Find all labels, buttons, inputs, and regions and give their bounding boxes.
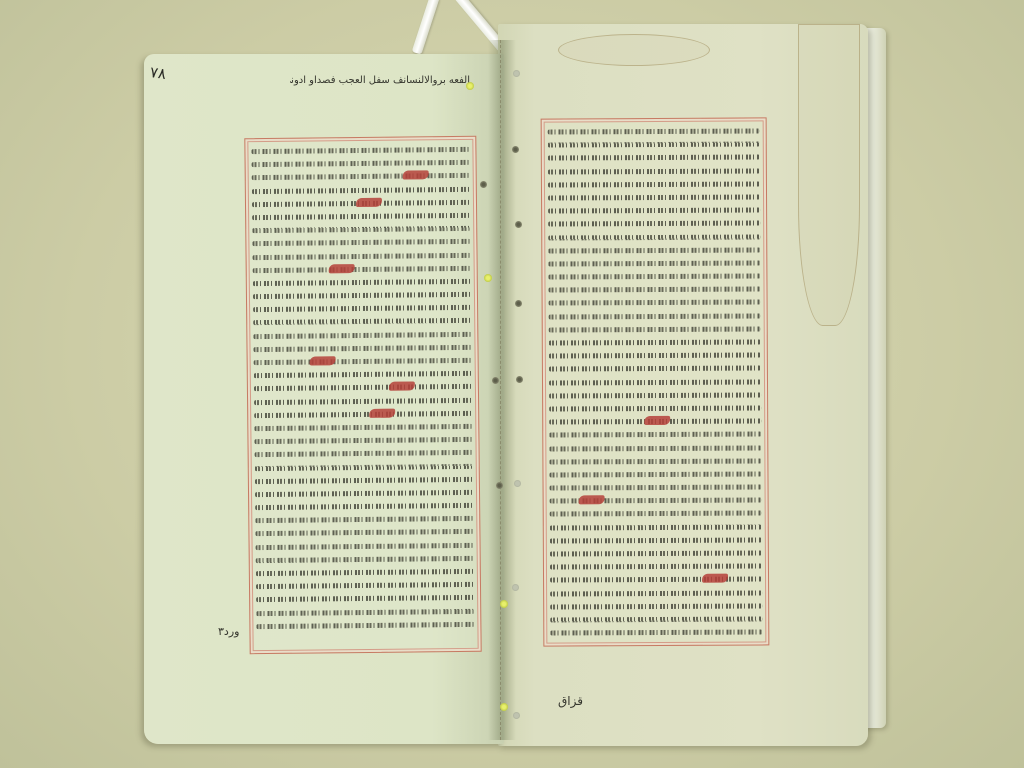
manuscript-text-line [550, 625, 762, 639]
manuscript-text-line [550, 611, 762, 625]
manuscript-text-line [549, 308, 761, 322]
binding-hole [480, 181, 487, 188]
binding-hole [512, 584, 519, 591]
rubric-heading [356, 198, 382, 207]
rubric-heading [645, 416, 671, 425]
manuscript-text-line [549, 466, 761, 480]
manuscript-text-line [550, 493, 762, 507]
rubric-heading [389, 382, 415, 391]
manuscript-text-line [548, 203, 760, 217]
manuscript-text-line [550, 545, 762, 559]
rubric-heading [702, 574, 728, 583]
manuscript-text-line [548, 123, 760, 137]
catchword: قزاق [558, 694, 583, 708]
binding-hole [515, 300, 522, 307]
manuscript-text-line [548, 176, 760, 190]
manuscript-text-line [549, 427, 761, 441]
manuscript-text-line [549, 453, 761, 467]
folio-number: ٧٨ [149, 63, 167, 83]
manuscript-text-line [548, 137, 760, 151]
manuscript-text-line [549, 414, 761, 428]
rubric-heading [309, 356, 335, 365]
water-stain [798, 24, 860, 326]
rubric-heading [369, 408, 395, 417]
binding-thread [484, 274, 492, 282]
bottom-margin-note: ورد٣ [218, 625, 239, 638]
water-stain [558, 34, 710, 66]
manuscript-text-line [550, 480, 762, 494]
rubric-heading [579, 496, 605, 505]
manuscript-text-line [548, 229, 760, 243]
binding-hole [492, 377, 499, 384]
manuscript-text-line [550, 532, 762, 546]
manuscript-text-line [549, 334, 761, 348]
binding-thread [466, 82, 474, 90]
rubric-heading [402, 171, 428, 180]
manuscript-text-line [549, 387, 761, 401]
manuscript-text-line [548, 242, 760, 256]
binding-hole [515, 221, 522, 228]
manuscript-text-line [549, 440, 761, 454]
manuscript-text-line [549, 295, 761, 309]
binding-hole [496, 482, 503, 489]
manuscript-text-line [550, 572, 762, 586]
manuscript-text-line [548, 163, 760, 177]
binding-thread [500, 703, 508, 711]
manuscript-text-line [548, 216, 760, 230]
manuscript-text-line [550, 598, 762, 612]
binding-hole [512, 146, 519, 153]
binding-thread [500, 600, 508, 608]
binding-hole [514, 480, 521, 487]
manuscript-text-line [548, 282, 760, 296]
manuscript-text-line [550, 506, 762, 520]
manuscript-text-line [548, 150, 760, 164]
header-note: الفعه بروالالنسانف سفل العجب فصداو ادونی… [290, 75, 470, 86]
manuscript-text-line [549, 361, 761, 375]
manuscript-text-line [256, 617, 474, 632]
manuscript-text-line [549, 374, 761, 388]
manuscript-text-line [550, 559, 762, 573]
binding-hole [516, 376, 523, 383]
page-crease [500, 40, 507, 740]
manuscript-text-line [548, 269, 760, 283]
manuscript-text-line [550, 585, 762, 599]
manuscript-text-line [549, 348, 761, 362]
manuscript-text-line [550, 519, 762, 533]
binding-hole [513, 70, 520, 77]
right-text-block [541, 117, 770, 646]
rubric-heading [328, 264, 354, 273]
binding-hole [513, 712, 520, 719]
manuscript-text-line [548, 189, 760, 203]
manuscript-text-line [549, 321, 761, 335]
manuscript-text-line [548, 255, 760, 269]
manuscript-text-line [549, 400, 761, 414]
left-text-block [244, 136, 481, 654]
